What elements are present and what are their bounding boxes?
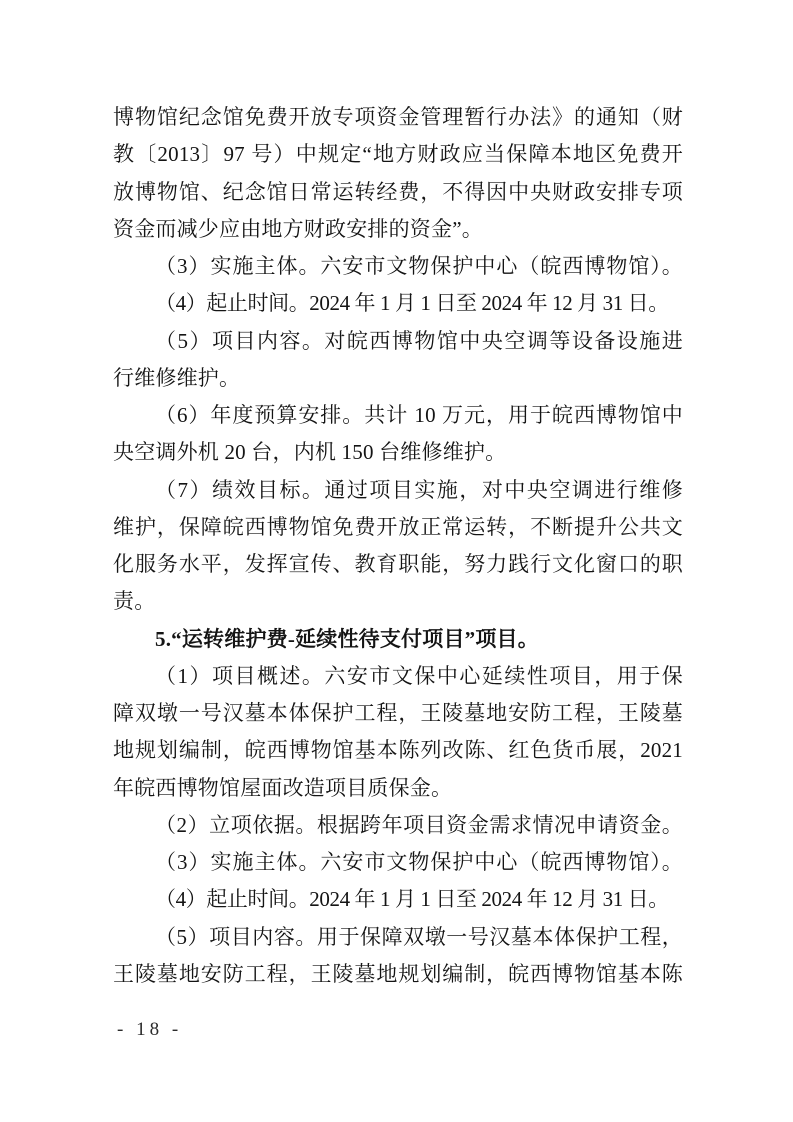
text-line: 行维修维护。 (113, 360, 683, 397)
text-line: （1）项目概述。六安市文保中心延续性项目，用于保 (113, 658, 683, 695)
text-line: （5）项目内容。对皖西博物馆中央空调等设备设施进 (113, 323, 683, 360)
text-line: （3）实施主体。六安市文物保护中心（皖西博物馆）。 (113, 844, 683, 881)
text-line: 央空调外机 20 台，内机 150 台维修维护。 (113, 434, 683, 471)
section-heading-line: 5.“运转维护费-延续性待支付项目”项目。 (113, 621, 683, 658)
text-line: 化服务水平，发挥宣传、教育职能，努力践行文化窗口的职 (113, 546, 683, 583)
text-line: 资金而减少应由地方财政安排的资金”。 (113, 211, 683, 248)
text-line: 博物馆纪念馆免费开放专项资金管理暂行办法》的通知（财 (113, 99, 683, 136)
page-number: - 18 - (117, 1017, 182, 1043)
text-line: 障双墩一号汉墓本体保护工程，王陵墓地安防工程，王陵墓 (113, 695, 683, 732)
text-line: 王陵墓地安防工程，王陵墓地规划编制，皖西博物馆基本陈 (113, 956, 683, 993)
text-line: （6）年度预算安排。共计 10 万元，用于皖西博物馆中 (113, 397, 683, 434)
document-page: 博物馆纪念馆免费开放专项资金管理暂行办法》的通知（财教〔2013〕97 号）中规… (0, 0, 793, 1122)
text-line: 教〔2013〕97 号）中规定“地方财政应当保障本地区免费开 (113, 136, 683, 173)
text-line: 年皖西博物馆屋面改造项目质保金。 (113, 770, 683, 807)
text-line: 地规划编制，皖西博物馆基本陈列改陈、红色货币展，2021 (113, 732, 683, 769)
text-line: 放博物馆、纪念馆日常运转经费，不得因中央财政安排专项 (113, 174, 683, 211)
document-body: 博物馆纪念馆免费开放专项资金管理暂行办法》的通知（财教〔2013〕97 号）中规… (113, 99, 683, 993)
text-line: （4）起止时间。2024 年 1 月 1 日至 2024 年 12 月 31 日… (113, 881, 683, 918)
text-line: 维护，保障皖西博物馆免费开放正常运转，不断提升公共文 (113, 509, 683, 546)
text-line: 责。 (113, 583, 683, 620)
text-line: （5）项目内容。用于保障双墩一号汉墓本体保护工程， (113, 919, 683, 956)
text-line: （3）实施主体。六安市文物保护中心（皖西博物馆）。 (113, 248, 683, 285)
text-line: （7）绩效目标。通过项目实施，对中央空调进行维修 (113, 472, 683, 509)
text-line: （2）立项依据。根据跨年项目资金需求情况申请资金。 (113, 807, 683, 844)
text-line: （4）起止时间。2024 年 1 月 1 日至 2024 年 12 月 31 日… (113, 285, 683, 322)
